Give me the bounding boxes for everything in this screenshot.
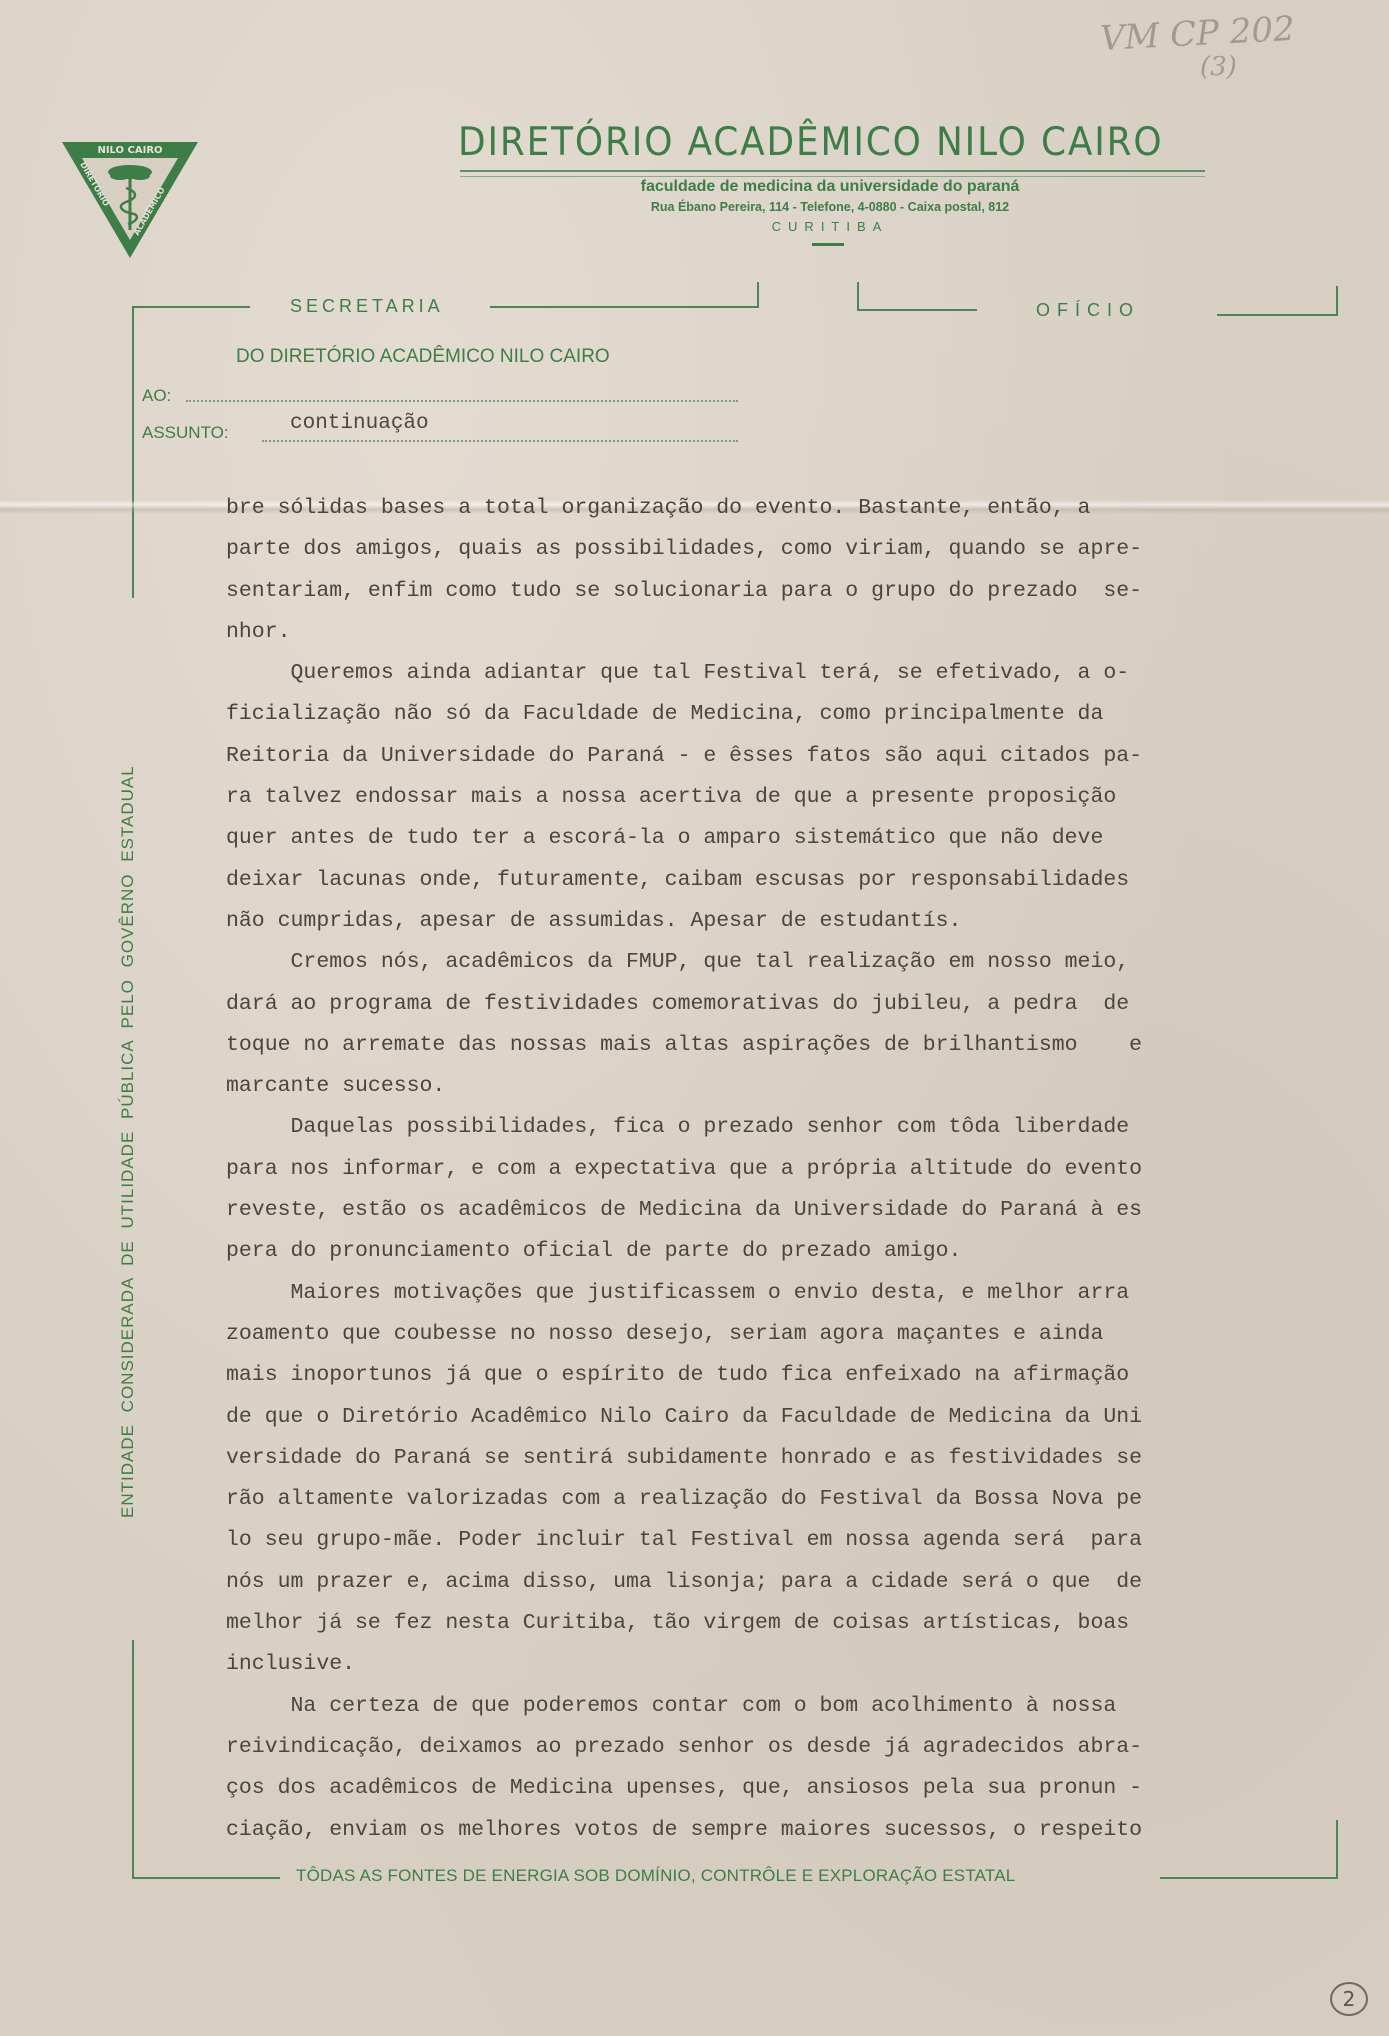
frame-oficio-left-line <box>857 309 977 311</box>
body-line: versidade do Paraná se sentirá subidamen… <box>226 1438 1276 1479</box>
assunto-field-line <box>262 440 738 442</box>
body-line: marcante sucesso. <box>226 1066 1276 1107</box>
frame-left-upper-line <box>132 306 134 598</box>
ao-label: AO: <box>142 386 171 406</box>
frame-oficio-right-tick <box>1336 286 1338 316</box>
secretaria-label: SECRETARIA <box>290 296 444 317</box>
body-line: de que o Diretório Acadêmico Nilo Cairo … <box>226 1397 1276 1438</box>
body-line: ços dos acadêmicos de Medicina upenses, … <box>226 1768 1276 1809</box>
body-line: dará ao programa de festividades comemor… <box>226 984 1276 1025</box>
body-line: quer antes de tudo ter a escorá-la o amp… <box>226 818 1276 859</box>
body-line: inclusive. <box>226 1644 1276 1685</box>
body-line: toque no arremate das nossas mais altas … <box>226 1025 1276 1066</box>
body-line: sentariam, enfim como tudo se solucionar… <box>226 571 1276 612</box>
body-line: reivindicação, deixamos ao prezado senho… <box>226 1727 1276 1768</box>
body-line: reveste, estão os acadêmicos de Medicina… <box>226 1190 1276 1231</box>
body-line: Na certeza de que poderemos contar com o… <box>226 1686 1276 1727</box>
frame-left-lower-line <box>132 1640 134 1878</box>
city-label: CURITIBA <box>560 219 1100 234</box>
body-line: mais inoportunos já que o espírito de tu… <box>226 1355 1276 1396</box>
body-line: bre sólidas bases a total organização do… <box>226 488 1276 529</box>
body-line: Queremos ainda adiantar que tal Festival… <box>226 653 1276 694</box>
city-underline <box>812 243 844 246</box>
ao-field[interactable] <box>186 400 738 402</box>
frame-secretaria-right-line <box>490 306 758 308</box>
body-line: melhor já se fez nesta Curitiba, tão vir… <box>226 1603 1276 1644</box>
body-line: ra talvez endossar mais a nossa acertiva… <box>226 777 1276 818</box>
body-line: Maiores motivações que justificassem o e… <box>226 1273 1276 1314</box>
page-number: 2 <box>1330 1982 1368 2016</box>
frame-oficio-right-line <box>1217 314 1337 316</box>
body-line: não cumpridas, apesar de assumidas. Apes… <box>226 901 1276 942</box>
body-line: ficialização não só da Faculdade de Medi… <box>226 694 1276 735</box>
assunto-label: ASSUNTO: <box>142 423 229 443</box>
address-line: Rua Ébano Pereira, 114 - Telefone, 4-088… <box>560 200 1100 214</box>
body-line: pera do pronunciamento oficial de parte … <box>226 1231 1276 1272</box>
vertical-margin-note: ENTIDADE CONSIDERADA DE UTILIDADE PÚBLIC… <box>118 765 138 1518</box>
body-line: Cremos nós, acadêmicos da FMUP, que tal … <box>226 942 1276 983</box>
department-label: DO DIRETÓRIO ACADÊMICO NILO CAIRO <box>236 346 610 368</box>
body-line: zoamento que coubesse no nosso desejo, s… <box>226 1314 1276 1355</box>
assunto-value: continuação <box>290 412 429 435</box>
body-line: rão altamente valorizadas com a realizaç… <box>226 1479 1276 1520</box>
frame-oficio-left-tick <box>857 282 859 310</box>
letter-body: bre sólidas bases a total organização do… <box>226 488 1276 1851</box>
frame-right-lower-line <box>1336 1820 1338 1878</box>
archive-mark-sub: (3) <box>1200 52 1237 82</box>
body-line: ciação, enviam os melhores votos de semp… <box>226 1810 1276 1851</box>
body-line: nhor. <box>226 612 1276 653</box>
faculty-subtitle: faculdade de medicina da universidade do… <box>560 178 1100 196</box>
frame-top-left-line <box>132 306 250 308</box>
svg-text:NILO CAIRO: NILO CAIRO <box>97 145 162 156</box>
oficio-label: OFÍCIO <box>1036 300 1140 321</box>
body-line: Reitoria da Universidade do Paraná - e ê… <box>226 736 1276 777</box>
frame-bottom-right-line <box>1160 1877 1338 1879</box>
body-line: nós um prazer e, acima disso, uma lisonj… <box>226 1562 1276 1603</box>
body-line: parte dos amigos, quais as possibilidade… <box>226 529 1276 570</box>
organization-title: DIRETÓRIO ACADÊMICO NILO CAIRO <box>458 120 1143 165</box>
frame-secretaria-tick <box>757 282 759 308</box>
body-line: lo seu grupo-mãe. Poder incluir tal Fest… <box>226 1520 1276 1561</box>
body-line: Daquelas possibilidades, fica o prezado … <box>226 1107 1276 1148</box>
body-line: para nos informar, e com a expectativa q… <box>226 1149 1276 1190</box>
frame-bottom-left-line <box>132 1877 280 1879</box>
body-line: deixar lacunas onde, futuramente, caibam… <box>226 860 1276 901</box>
header-divider <box>460 170 1205 177</box>
footer-note: TÔDAS AS FONTES DE ENERGIA SOB DOMÍNIO, … <box>296 1866 1015 1886</box>
logo-emblem-icon: NILO CAIRO DIRETÓRIO ACADÊMICO <box>60 138 200 260</box>
